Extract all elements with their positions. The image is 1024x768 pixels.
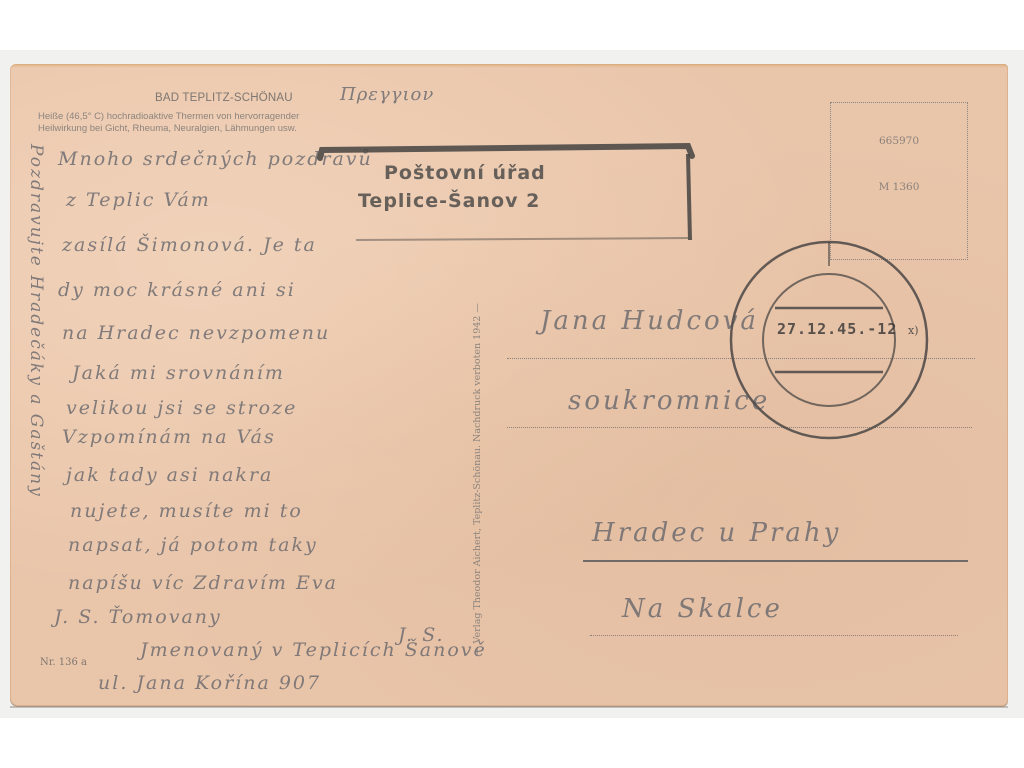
publisher-imprint: — Verlag Theodor Aichert, Teplitz-Schöna…	[472, 303, 483, 656]
address-line-3	[583, 560, 968, 562]
date-stamp-rings	[725, 236, 933, 444]
message-line: ul. Jana Kořína 907	[98, 672, 321, 694]
postmark-office-label: Poštovní úřad	[384, 162, 546, 184]
printed-title: BAD TEPLITZ-SCHÖNAU	[155, 92, 293, 104]
recipient-street: Na Skalce	[622, 594, 783, 624]
address-line-4	[590, 635, 958, 636]
postmark-date: 27.12.45.-12	[777, 320, 897, 338]
rectangular-postmark: Poštovní úřad Teplice-Šanov 2	[316, 138, 698, 242]
handwritten-top-note: Πρεγγιον	[340, 84, 434, 105]
message-line: Jaká mi srovnáním	[72, 362, 285, 384]
message-line: napsat, já potom taky	[68, 534, 318, 556]
message-line: na Hradec nevzpomenu	[62, 322, 330, 344]
message-line: napíšu víc Zdravím Eva	[68, 572, 338, 594]
message-line: jak tady asi nakra	[66, 464, 273, 486]
stamp-box-code: 665970	[831, 135, 967, 147]
series-number: Nr. 136 a	[40, 657, 87, 668]
message-line: z Teplic Vám	[66, 189, 211, 211]
printed-subtitle-line-1: Heiße (46,5° C) hochradioaktive Thermen …	[38, 111, 299, 122]
message-line: velikou jsi se stroze	[66, 397, 297, 419]
message-line: J. S. Ťomovany	[54, 606, 222, 628]
postcard-back: BAD TEPLITZ-SCHÖNAU Heiße (46,5° C) hoch…	[10, 64, 1008, 706]
postmark-sub-label: x)	[908, 324, 919, 337]
postmark-office-place: Teplice-Šanov 2	[358, 190, 540, 212]
message-line: Vzpomínám na Vás	[62, 426, 276, 448]
recipient-town: Hradec u Prahy	[592, 518, 841, 548]
message-line: nujete, musíte mi to	[70, 500, 303, 522]
message-line: dy moc krásné ani si	[58, 279, 296, 301]
stamp-box-code-2: M 1360	[831, 181, 967, 193]
margin-note-vertical: Pozdravujte Hradečáky a Gaštány	[26, 144, 46, 498]
circular-date-stamp: 27.12.45.-12 x)	[725, 236, 933, 444]
printed-subtitle-line-2: Heilwirkung bei Gicht, Rheuma, Neuralgie…	[38, 123, 297, 134]
message-line: zasílá Šimonová. Je ta	[62, 234, 317, 256]
handwritten-signature: J. S.	[398, 624, 445, 646]
card-bottom-edge	[10, 706, 1008, 708]
